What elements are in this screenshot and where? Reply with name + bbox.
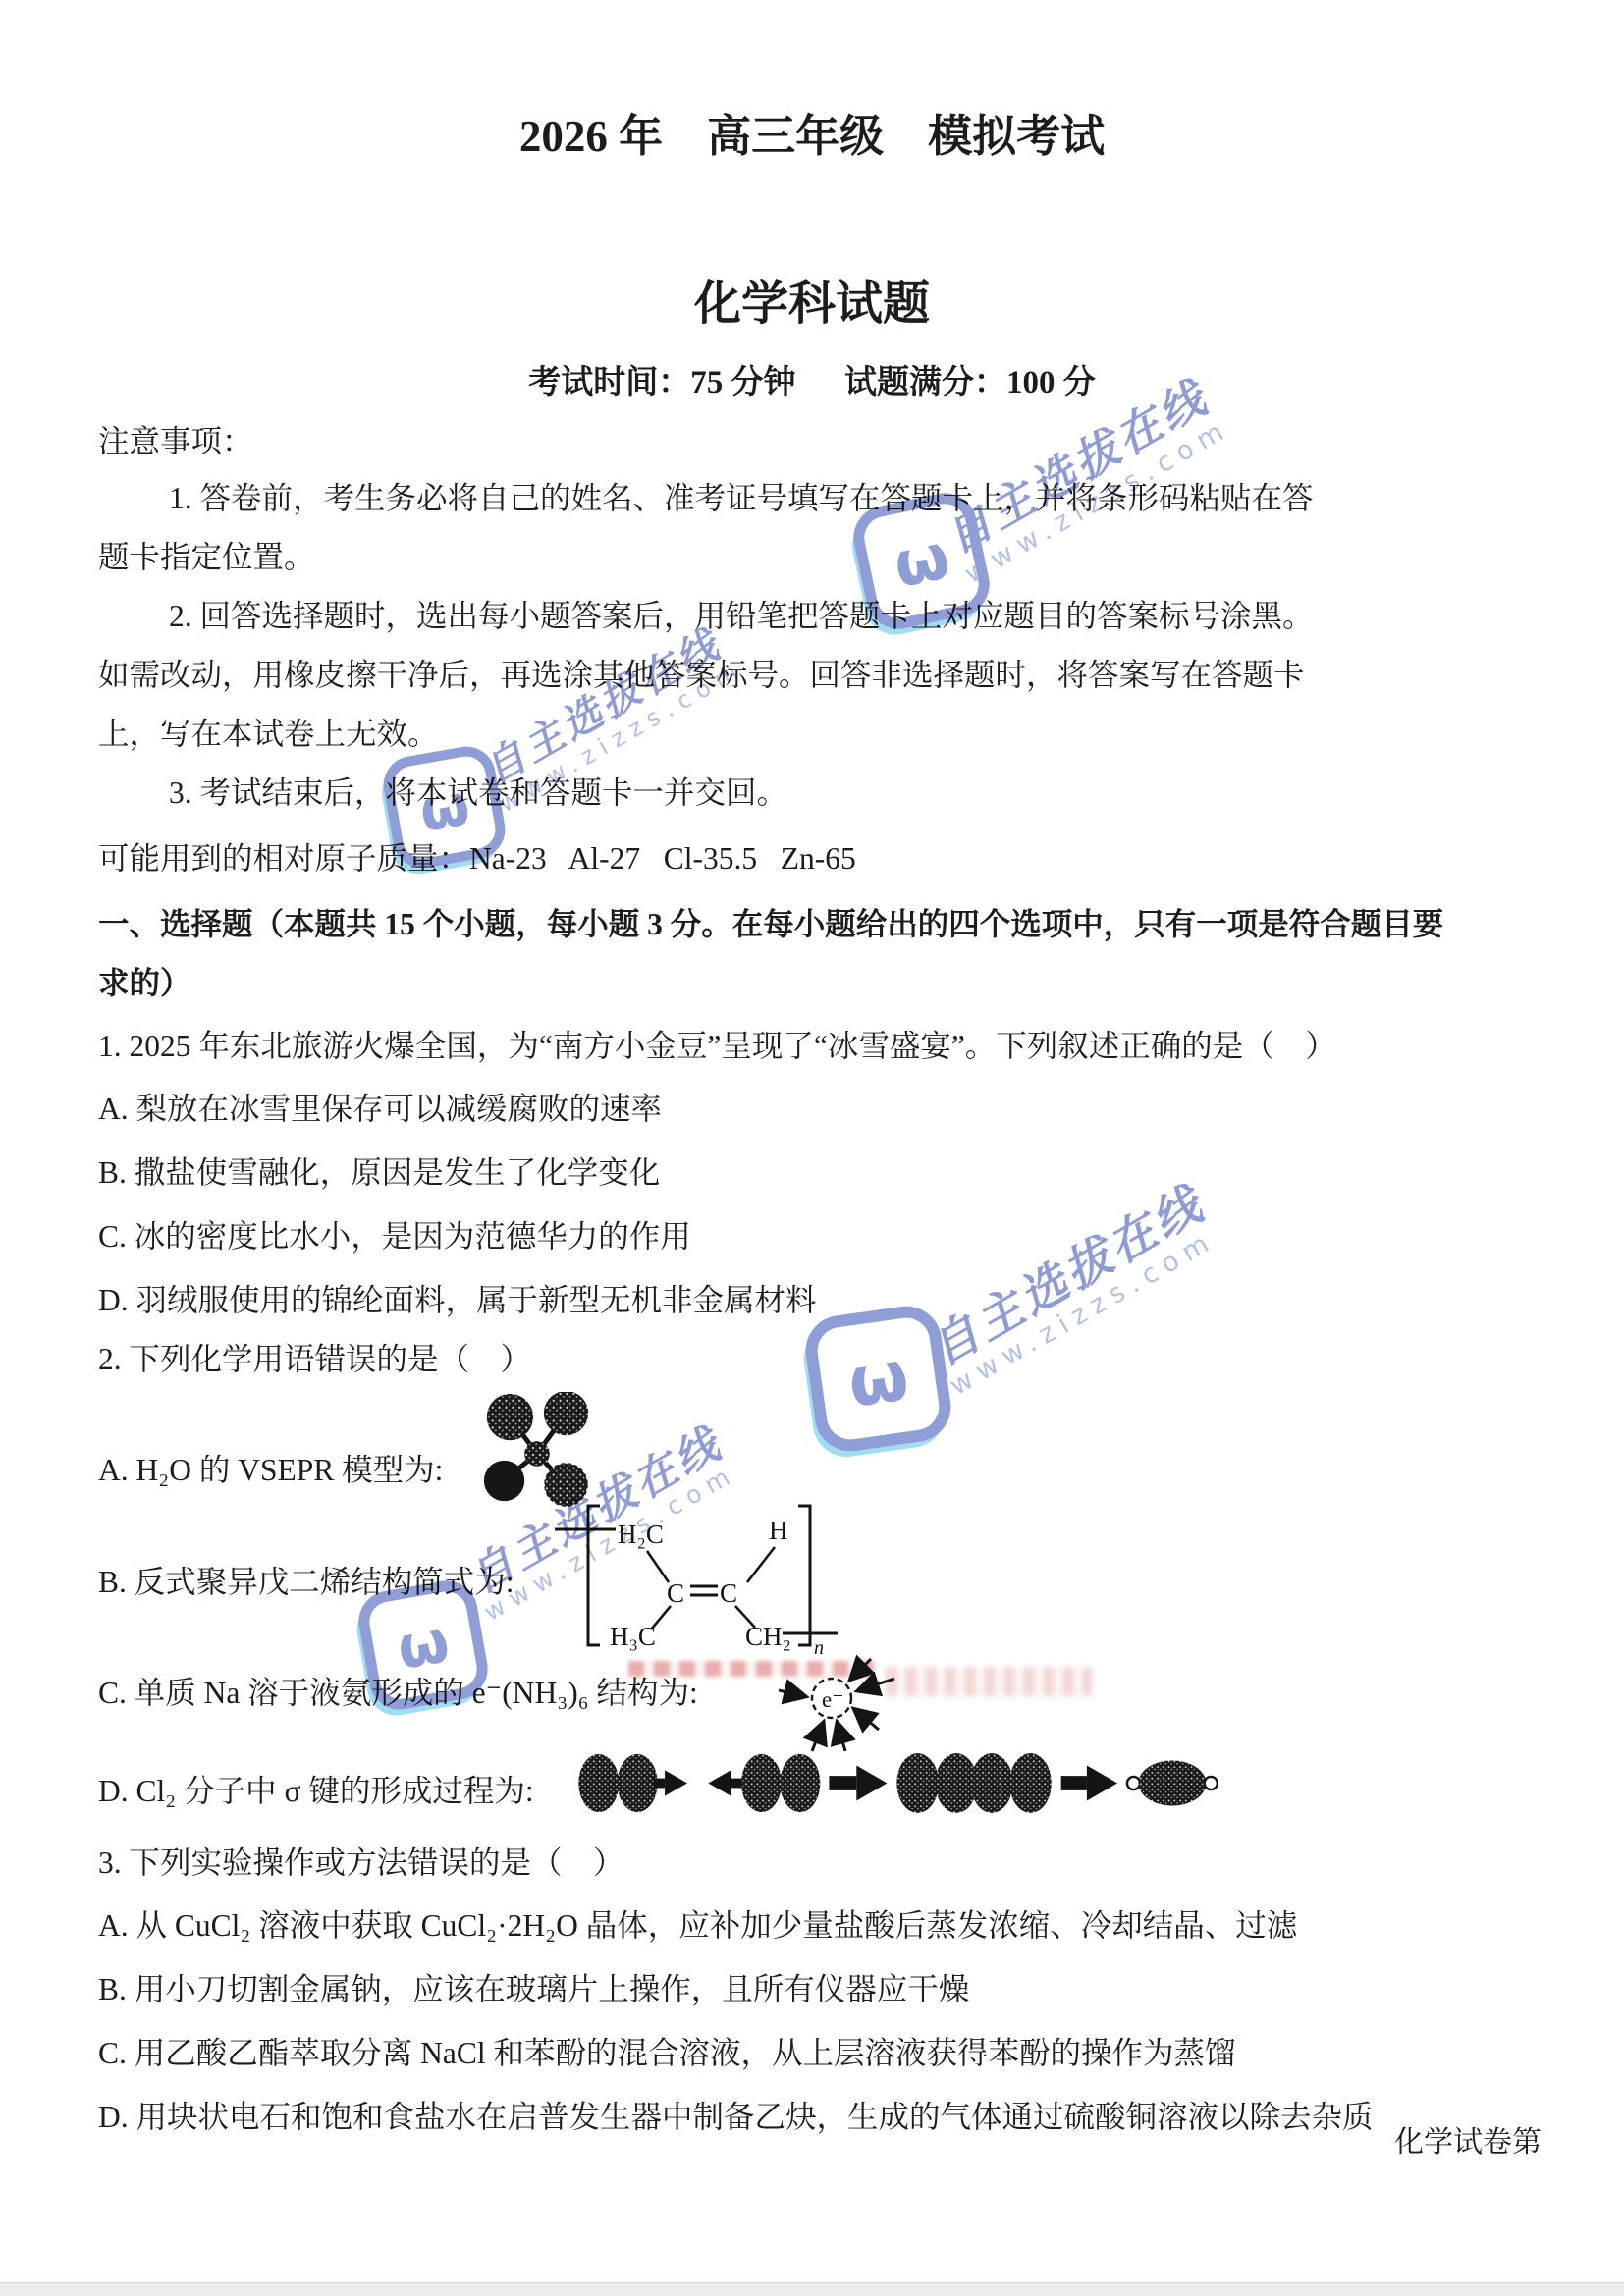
question1-stem: 1. 2025 年东北旅游火爆全国，为“南方小金豆”呈现了“冰雪盛宴”。下列叙述… (98, 1027, 1336, 1066)
sigma-bond-figure (569, 1732, 1222, 1835)
footer-page-label: 化学试卷第 (1394, 2123, 1542, 2163)
notice-heading: 注意事项： (98, 422, 253, 461)
question3-option-d: D. 用块状电石和饱和食盐水在启普发生器中制备乙炔，生成的气体通过硫酸铜溶液以除… (98, 2098, 1374, 2137)
page-subtitle: 化学科试题 (0, 275, 1624, 334)
question3-option-b: B. 用小刀切割金属钠，应该在玻璃片上操作，且所有仪器应干燥 (98, 1970, 969, 2009)
section1-heading-line1: 一、选择题（本题共 15 个小题，每小题 3 分。在每小题给出的四个选项中，只有… (98, 905, 1443, 944)
question1-option-a: A. 梨放在冰雪里保存可以减缓腐败的速率 (98, 1090, 662, 1129)
question2-stem: 2. 下列化学用语错误的是（ ） (98, 1340, 531, 1379)
question3-option-a: A. 从 CuCl₂ 溶液中获取 CuCl₂·2H₂O 晶体，应补加少量盐酸后蒸… (98, 1906, 1297, 1946)
section1-heading-line2: 求的） (98, 964, 191, 1003)
vsepr-model-figure (477, 1392, 597, 1512)
exam-paper-page: 2026 年 高三年级 模拟考试 化学科试题 考试时间：75 分钟 试题满分：1… (0, 0, 1624, 2296)
question2-option-c-label: C. 单质 Na 溶于液氨形成的 e⁻(NH₃)₆ 结构为: (98, 1674, 698, 1713)
polymer-structure-figure: H₂C H C C H₃C CH₂ n (555, 1500, 849, 1655)
atomic-masses-line: 可能用到的相对原子质量：Na-23 Al-27 Cl-35.5 Zn-65 (98, 839, 856, 879)
watermark-brand-text: 自主选拔在线 (471, 613, 730, 795)
page-title: 2026 年 高三年级 模拟考试 (0, 108, 1624, 165)
question1-option-d: D. 羽绒服使用的锦纶面料，属于新型无机非金属材料 (98, 1281, 817, 1320)
watermark-logo-icon: ω (801, 1302, 955, 1456)
question2-option-d-label: D. Cl₂ 分子中 σ 键的形成过程为: (98, 1772, 534, 1811)
exam-info: 考试时间：75 分钟 试题满分：100 分 (0, 363, 1624, 402)
faded-red-strip (886, 1667, 1092, 1696)
question1-option-c: C. 冰的密度比水小，是因为范德华力的作用 (98, 1217, 691, 1256)
svg-text:H₂C: H₂C (618, 1520, 664, 1549)
question2-option-a-label: A. H₂O 的 VSEPR 模型为: (98, 1451, 443, 1490)
svg-text:C: C (667, 1578, 684, 1608)
watermark-site-text: www.zizzs.com (945, 1225, 1220, 1402)
svg-text:C: C (720, 1578, 737, 1608)
svg-text:H: H (769, 1516, 788, 1545)
svg-text:H₃C: H₃C (610, 1622, 656, 1651)
question1-option-b: B. 撒盐使雪融化，原因是发生了化学变化 (98, 1153, 660, 1193)
watermark: 自主选拔在线 www.zizzs.com ω (805, 1134, 1237, 1458)
question2-option-b-label: B. 反式聚异戊二烯结构简式为: (98, 1563, 514, 1602)
notice-line-1a: 1. 答卷前，考生务必将自己的姓名、准考证号填写在答题卡上，并将条形码粘贴在答 (169, 479, 1314, 518)
watermark-brand-text: 自主选拔在线 (916, 1167, 1216, 1379)
question3-option-c: C. 用乙酸乙酯萃取分离 NaCl 和苯酚的混合溶液，从上层溶液获得苯酚的操作为… (98, 2034, 1236, 2073)
notice-line-3: 3. 考试结束后，将本试卷和答题卡一并交回。 (169, 774, 787, 813)
notice-line-1b: 题卡指定位置。 (98, 538, 315, 577)
page-bottom-edge (0, 2282, 1624, 2296)
svg-text:e⁻: e⁻ (822, 1687, 843, 1712)
notice-line-2c: 上，写在本试卷上无效。 (98, 715, 439, 754)
notice-line-2b: 如需改动，用橡皮擦干净后，再选涂其他答案标号。回答非选择题时，将答案写在答题卡 (98, 656, 1305, 695)
notice-line-2a: 2. 回答选择题时，选出每小题答案后，用铅笔把答题卡上对应题目的答案标号涂黑。 (169, 597, 1314, 636)
question3-stem: 3. 下列实验操作或方法错误的是（ ） (98, 1843, 624, 1883)
